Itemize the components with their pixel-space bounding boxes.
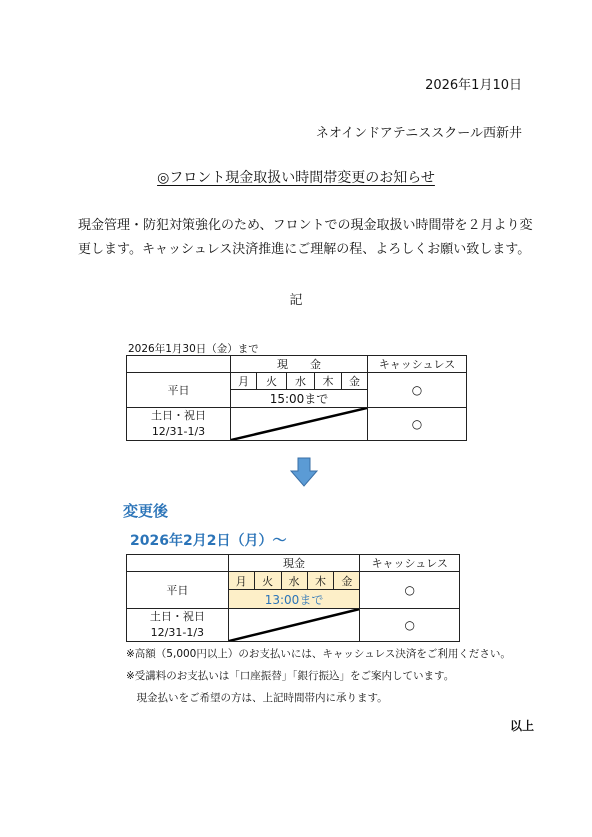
body-text-line-2: 更します。キャッシュレス決済推進にご理解の程、よろしくお願い致します。 xyxy=(78,238,530,257)
header-cashless: キャッシュレス xyxy=(368,356,467,373)
organization-name: ネオインドアテニススクール西新井 xyxy=(316,122,522,141)
diagonal-slash-icon xyxy=(229,609,360,641)
cash-hours: 13:00まで xyxy=(228,590,360,609)
weekday-label: 平日 xyxy=(127,572,229,609)
after-schedule-table: 現金 キャッシュレス 平日 月 火 水 木 金 ○ 13:00まで 土日・祝日 … xyxy=(126,554,460,642)
down-arrow-icon xyxy=(289,457,319,487)
weekday-cashless-ok: ○ xyxy=(368,373,467,408)
holiday-label-line-1: 土日・祝日 xyxy=(127,609,228,625)
holiday-label-line-1: 土日・祝日 xyxy=(127,408,230,424)
document-date: 2026年1月10日 xyxy=(425,74,522,93)
ki-heading: 記 xyxy=(0,289,592,308)
holiday-cashless-ok: ○ xyxy=(360,609,460,642)
day-mon: 月 xyxy=(228,572,254,590)
header-cash: 現 金 xyxy=(231,356,368,373)
holiday-label: 土日・祝日 12/31-1/3 xyxy=(127,609,229,642)
day-fri: 金 xyxy=(342,373,368,390)
day-tue: 火 xyxy=(254,572,281,590)
day-mon: 月 xyxy=(231,373,257,390)
day-thu: 木 xyxy=(315,373,342,390)
holiday-label-line-2: 12/31-1/3 xyxy=(127,625,228,641)
diagonal-slash-icon xyxy=(231,408,367,440)
header-blank-cell xyxy=(127,555,229,572)
weekday-cashless-ok: ○ xyxy=(360,572,460,609)
header-cash: 現金 xyxy=(228,555,360,572)
before-schedule-table: 現 金 キャッシュレス 平日 月 火 水 木 金 ○ 15:00まで 土日・祝日… xyxy=(126,355,467,441)
note-cash-payment: 現金払いをご希望の方は、上記時間帯内に承ります。 xyxy=(126,690,388,705)
cash-hours: 15:00まで xyxy=(231,390,368,408)
note-high-amount: ※高額（5,000円以上）のお支払いには、キャッシュレス決済をご利用ください。 xyxy=(126,646,511,661)
before-caption: 2026年1月30日（金）まで xyxy=(128,341,259,356)
day-thu: 木 xyxy=(307,572,334,590)
note-tuition-payment: ※受講料のお支払いは「口座振替」「銀行振込」をご案内しています。 xyxy=(126,668,454,683)
day-fri: 金 xyxy=(334,572,360,590)
header-cashless: キャッシュレス xyxy=(360,555,460,572)
day-wed: 水 xyxy=(287,373,315,390)
closing-mark: 以上 xyxy=(510,717,534,734)
holiday-label-line-2: 12/31-1/3 xyxy=(127,424,230,440)
holiday-label: 土日・祝日 12/31-1/3 xyxy=(127,408,231,441)
after-heading: 変更後 xyxy=(123,500,168,521)
after-caption: 2026年2月2日（月）～ xyxy=(130,530,286,550)
weekday-label: 平日 xyxy=(127,373,231,408)
holiday-cash-not-available xyxy=(231,408,368,441)
notice-title: ◎フロント現金取扱い時間帯変更のお知らせ xyxy=(0,167,592,187)
holiday-cashless-ok: ○ xyxy=(368,408,467,441)
holiday-cash-not-available xyxy=(228,609,360,642)
header-blank-cell xyxy=(127,356,231,373)
body-text-line-1: 現金管理・防犯対策強化のため、フロントでの現金取扱い時間帯を２月より変 xyxy=(78,214,532,233)
day-tue: 火 xyxy=(257,373,287,390)
day-wed: 水 xyxy=(281,572,307,590)
